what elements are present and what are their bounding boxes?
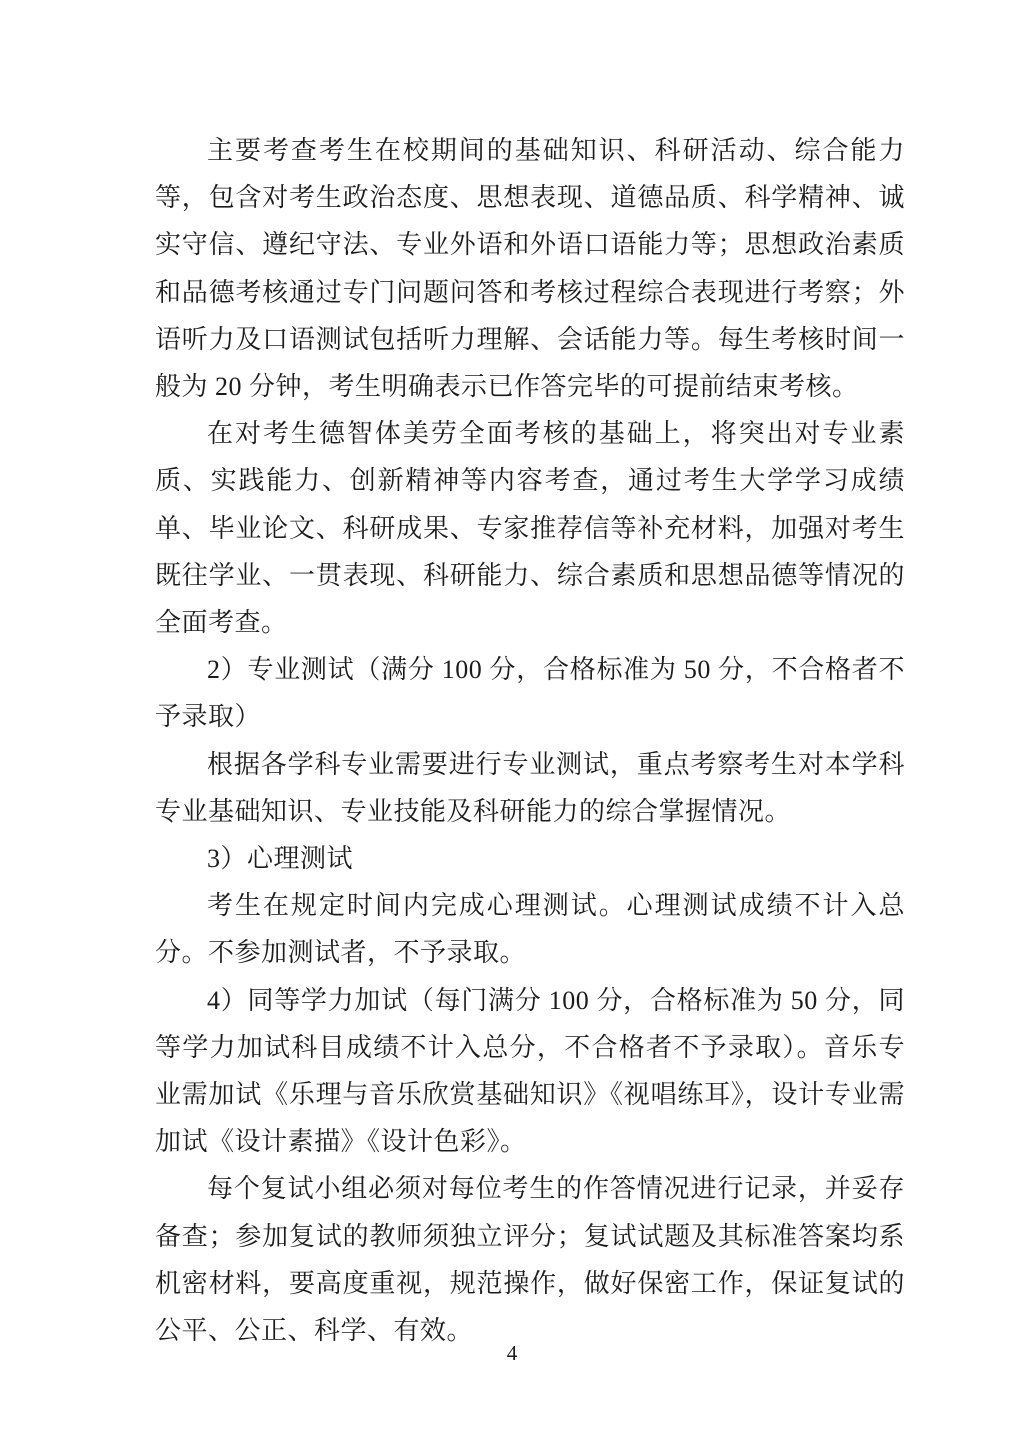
page-number: 4 — [0, 1338, 1024, 1368]
document-page: 主要考查考生在校期间的基础知识、科研活动、综合能力等，包含对考生政治态度、思想表… — [0, 0, 1024, 1448]
paragraph-professional-test-detail: 根据各学科专业需要进行专业测试，重点考察考生对本学科专业基础知识、专业技能及科研… — [155, 741, 905, 835]
paragraph-exam-content: 主要考查考生在校期间的基础知识、科研活动、综合能力等，包含对考生政治态度、思想表… — [155, 127, 905, 410]
paragraph-heading-psychological-test: 3）心理测试 — [155, 835, 905, 882]
paragraph-heading-professional-test: 2）专业测试（满分 100 分，合格标准为 50 分，不合格者不予录取） — [155, 646, 905, 740]
paragraph-overall-assessment: 在对考生德智体美劳全面考核的基础上，将突出对专业素质、实践能力、创新精神等内容考… — [155, 410, 905, 646]
paragraph-interview-group-rules: 每个复试小组必须对每位考生的作答情况进行记录，并妥存备查；参加复试的教师须独立评… — [155, 1165, 905, 1354]
paragraph-psychological-test-detail: 考生在规定时间内完成心理测试。心理测试成绩不计入总分。不参加测试者，不予录取。 — [155, 882, 905, 976]
paragraph-equivalent-qualification-test: 4）同等学力加试（每门满分 100 分，合格标准为 50 分，同等学力加试科目成… — [155, 977, 905, 1166]
document-body-text: 主要考查考生在校期间的基础知识、科研活动、综合能力等，包含对考生政治态度、思想表… — [155, 127, 905, 1354]
